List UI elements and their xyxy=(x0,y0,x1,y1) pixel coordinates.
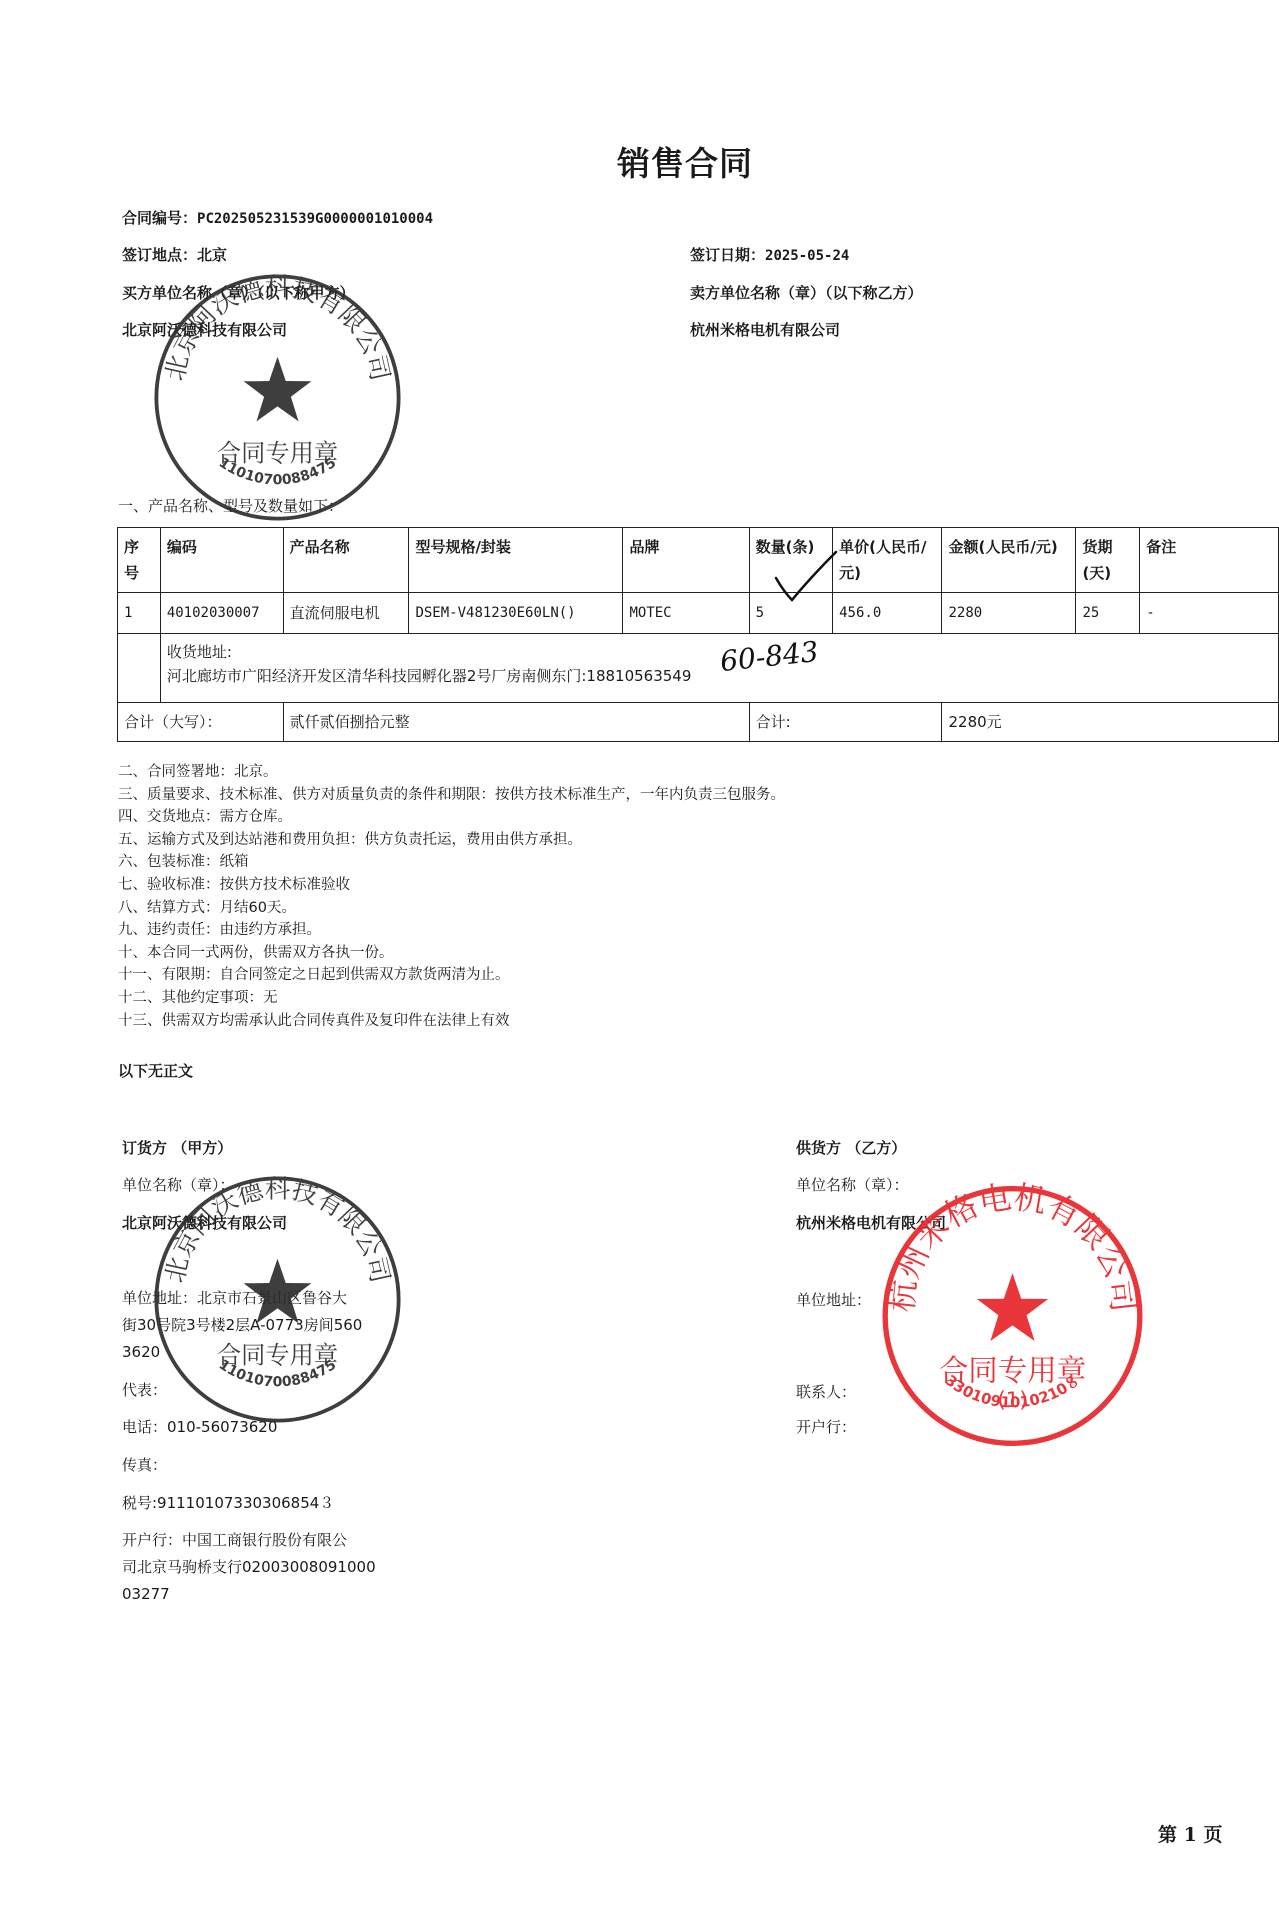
svg-text:合同专用章: 合同专用章 xyxy=(217,1341,338,1369)
cell-amount: 2280 xyxy=(942,593,1076,634)
header-model: 型号规格/封装 xyxy=(409,528,623,593)
address-spacer-cell xyxy=(118,634,161,703)
clause-item: 十二、其他约定事项：无 xyxy=(118,988,278,1008)
page-number: 第 1 页 xyxy=(1158,1820,1222,1847)
buyer-company-seal-icon: 北京阿沃德科技有限公司 合同专用章 1101070088475 xyxy=(145,270,410,525)
party-a-bank-line-3: 03277 xyxy=(122,1584,170,1604)
clause-item: 二、合同签署地：北京。 xyxy=(118,762,278,782)
header-remark: 备注 xyxy=(1140,528,1279,593)
header-index: 序号 xyxy=(118,528,161,593)
total-upper-label: 合计（大写）： xyxy=(118,703,284,742)
total-row: 合计（大写）： 贰仟贰佰捌拾元整 合计: 2280元 xyxy=(118,703,1279,742)
sign-place-line: 签订地点：北京 xyxy=(122,245,227,265)
party-a-bank-line-2: 司北京马驹桥支行02003008091000 xyxy=(122,1557,376,1577)
svg-text:3301091010210８: 3301091010210８ xyxy=(942,1372,1083,1412)
product-table: 序号 编码 产品名称 型号规格/封装 品牌 数量(条) 单价(人民币/元) 金额… xyxy=(117,527,1279,742)
header-amount: 金额(人民币/元) xyxy=(942,528,1076,593)
total-upper-value: 贰仟贰佰捌拾元整 xyxy=(283,703,749,742)
cell-model: DSEM-V481230E60LN() xyxy=(409,593,623,634)
party-a-heading: 订货方 （甲方） xyxy=(122,1138,232,1158)
cell-lead-time: 25 xyxy=(1076,593,1140,634)
party-a-address-line-3: 3620 xyxy=(122,1342,160,1362)
sign-date-line: 签订日期：2025-05-24 xyxy=(690,245,849,266)
clause-item: 四、交货地点：需方仓库。 xyxy=(118,807,292,827)
cell-brand: MOTEC xyxy=(623,593,749,634)
total-value: 2280元 xyxy=(942,703,1279,742)
sign-date: 2025-05-24 xyxy=(765,248,849,264)
header-lead-time: 货期(天) xyxy=(1076,528,1140,593)
party-a-fax: 传真： xyxy=(122,1455,167,1475)
header-unit-price: 单价(人民币/元) xyxy=(833,528,942,593)
party-a-unit-name-label: 单位名称（章）： xyxy=(122,1175,235,1195)
svg-text:1101070088475: 1101070088475 xyxy=(216,455,340,489)
svg-text:合同专用章: 合同专用章 xyxy=(939,1353,1086,1387)
sign-date-label: 签订日期： xyxy=(690,246,765,264)
cell-remark: - xyxy=(1140,593,1279,634)
clause-item: 五、运输方式及到达站港和费用负担：供方负责托运，费用由供方承担。 xyxy=(118,830,582,850)
party-b-address-label: 单位地址： xyxy=(796,1290,871,1310)
contract-number-line: 合同编号：PC202505231539G0000001010004 xyxy=(122,208,433,229)
handwritten-checkmark-icon xyxy=(770,548,840,608)
cell-unit-price: 456.0 xyxy=(833,593,942,634)
cell-product: 直流伺服电机 xyxy=(283,593,409,634)
buyer-label: 买方单位名称（章）（以下称甲方） xyxy=(122,283,355,303)
cell-index: 1 xyxy=(118,593,161,634)
clause-item: 十、本合同一式两份，供需双方各执一份。 xyxy=(118,943,394,963)
header-code: 编码 xyxy=(160,528,283,593)
party-b-bank-label: 开户行： xyxy=(796,1417,856,1437)
contract-number: PC202505231539G0000001010004 xyxy=(197,211,433,227)
svg-text:(1): (1) xyxy=(997,1388,1027,1413)
end-note: 以下无正文 xyxy=(118,1061,193,1081)
sign-place: 北京 xyxy=(197,246,227,264)
seller-label: 卖方单位名称（章）（以下称乙方） xyxy=(690,283,923,303)
party-b-contact-label: 联系人： xyxy=(796,1382,856,1402)
clause-item: 八、结算方式：月结60天。 xyxy=(118,898,296,918)
clause-item: 十三、供需双方均需承认此合同传真件及复印件在法律上有效 xyxy=(118,1011,510,1031)
party-a-tax-number: 税号:91110107330306854３ xyxy=(122,1493,334,1513)
svg-text:杭州米格电机有限公司: 杭州米格电机有限公司 xyxy=(882,1182,1142,1314)
header-product: 产品名称 xyxy=(283,528,409,593)
party-a-bank-line-1: 开户行：中国工商银行股份有限公 xyxy=(122,1530,347,1550)
party-a-address-line-2: 街30号院3号楼2层A-0773房间560 xyxy=(122,1315,362,1335)
party-b-unit-name: 杭州米格电机有限公司 xyxy=(796,1213,946,1233)
svg-text:1101070088475: 1101070088475 xyxy=(216,1357,340,1391)
buyer-name: 北京阿沃德科技有限公司 xyxy=(122,320,287,340)
party-a-rep-label: 代表： xyxy=(122,1380,167,1400)
header-brand: 品牌 xyxy=(623,528,749,593)
clause-item: 三、质量要求、技术标准、供方对质量负责的条件和期限：按供方技术标准生产，一年内负… xyxy=(118,785,785,805)
svg-text:合同专用章: 合同专用章 xyxy=(217,439,338,467)
delivery-address: 河北廊坊市广阳经济开发区清华科技园孵化器2号厂房南侧东门:18810563549 xyxy=(167,664,1272,688)
seller-name: 杭州米格电机有限公司 xyxy=(690,320,840,340)
party-a-phone: 电话：010-56073620 xyxy=(122,1417,277,1437)
address-cell: 收货地址: 河北廊坊市广阳经济开发区清华科技园孵化器2号厂房南侧东门:18810… xyxy=(160,634,1278,703)
clause-item: 十一、有限期：自合同签定之日起到供需双方款货两清为止。 xyxy=(118,965,510,985)
table-row: 1 40102030007 直流伺服电机 DSEM-V481230E60LN()… xyxy=(118,593,1279,634)
contract-number-label: 合同编号： xyxy=(122,209,197,227)
total-label: 合计: xyxy=(749,703,942,742)
clause-item: 七、验收标准：按供方技术标准验收 xyxy=(118,875,350,895)
party-b-unit-name-label: 单位名称（章）： xyxy=(796,1175,909,1195)
party-a-unit-name: 北京阿沃德科技有限公司 xyxy=(122,1213,287,1233)
clause-item: 六、包装标准：纸箱 xyxy=(118,852,249,872)
clause-item: 九、违约责任：由违约方承担。 xyxy=(118,920,321,940)
party-b-heading: 供货方 （乙方） xyxy=(796,1138,906,1158)
cell-code: 40102030007 xyxy=(160,593,283,634)
section-1-heading: 一、产品名称、型号及数量如下： xyxy=(118,496,343,516)
sign-place-label: 签订地点： xyxy=(122,246,197,264)
party-a-address-line-1: 单位地址：北京市石景山区鲁谷大 xyxy=(122,1288,347,1308)
page-title: 销售合同 xyxy=(0,138,1279,185)
table-header-row: 序号 编码 产品名称 型号规格/封装 品牌 数量(条) 单价(人民币/元) 金额… xyxy=(118,528,1279,593)
address-row: 收货地址: 河北廊坊市广阳经济开发区清华科技园孵化器2号厂房南侧东门:18810… xyxy=(118,634,1279,703)
